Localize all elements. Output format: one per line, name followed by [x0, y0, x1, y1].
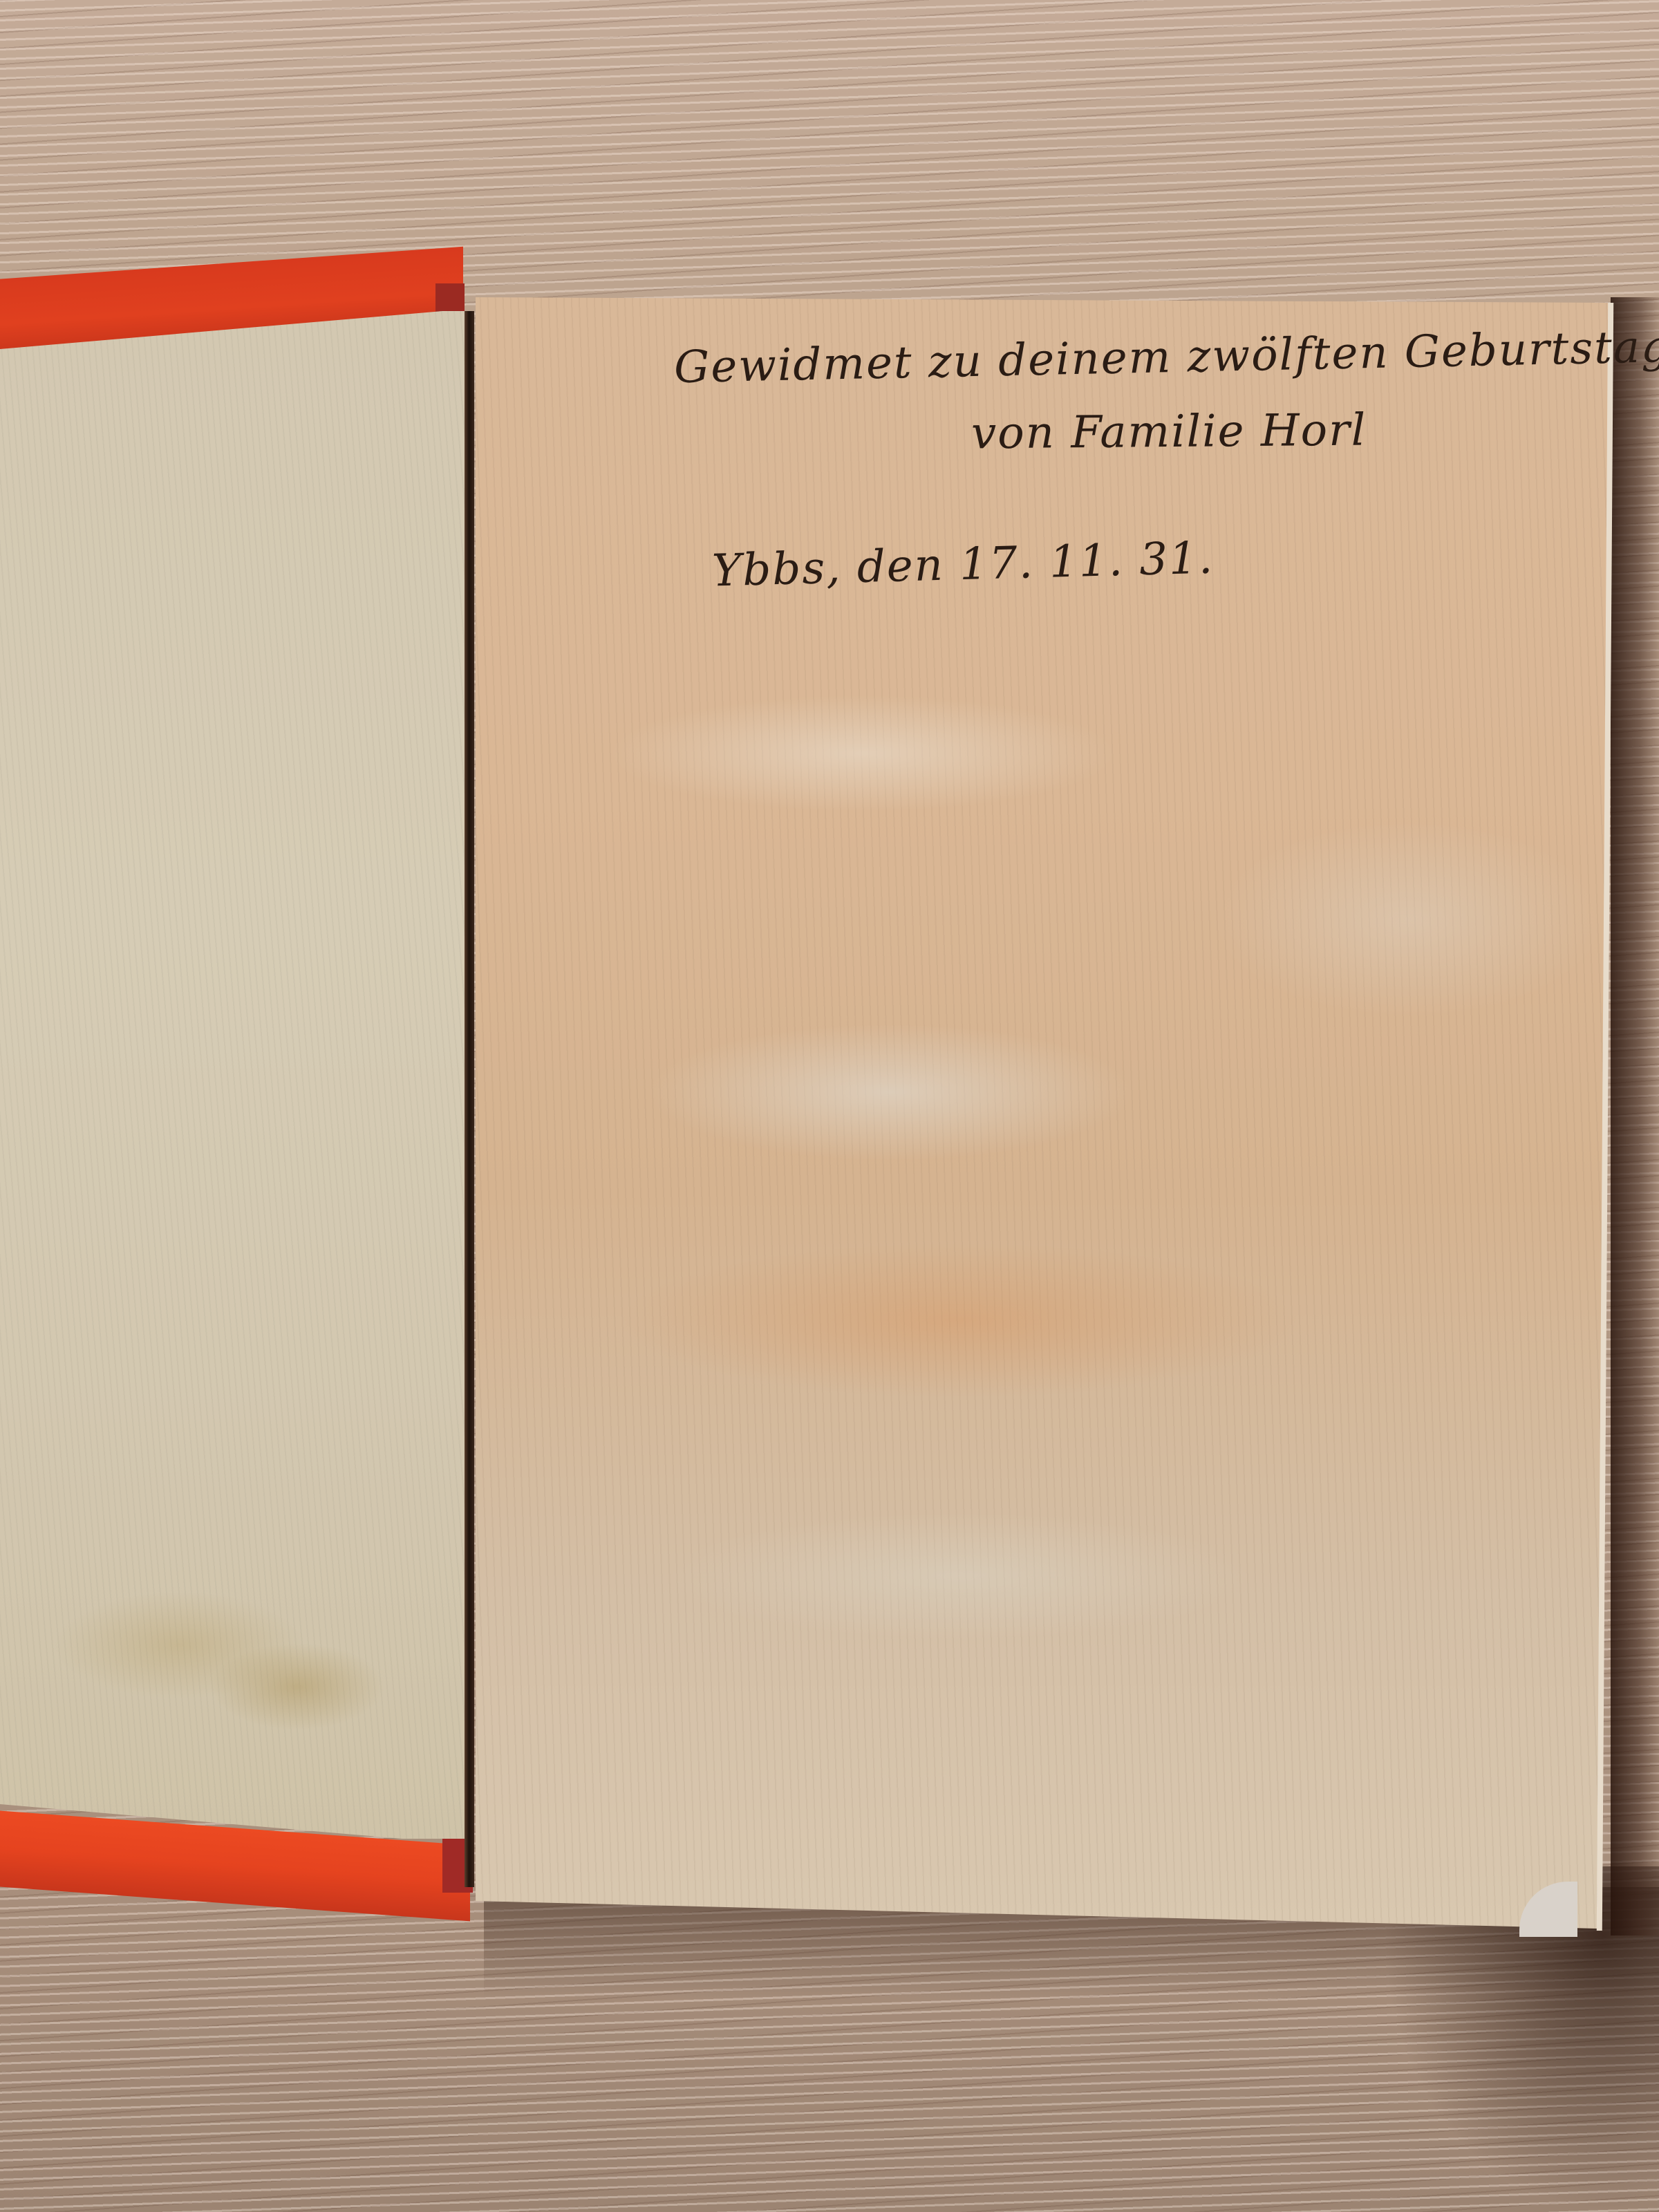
left-endpaper: [0, 311, 470, 1839]
spine-gutter: [465, 311, 474, 1887]
table-shadow-right: [1611, 297, 1659, 1935]
inscription-line-signature: von Familie Horl: [971, 405, 1367, 460]
